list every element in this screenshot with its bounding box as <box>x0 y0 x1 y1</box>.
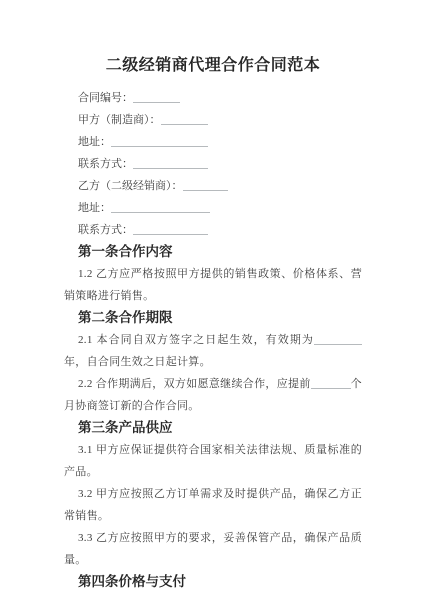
field-label: 地址： <box>78 136 111 148</box>
section-heading: 第二条合作期限 <box>64 307 362 329</box>
fill-in-blank-line <box>133 226 208 235</box>
field-label: 联系方式： <box>78 158 133 170</box>
fill-in-blank-line <box>183 182 228 191</box>
field-row: 地址： <box>64 197 362 219</box>
contract-header-fields: 合同编号：甲方（制造商）：地址：联系方式：乙方（二级经销商）：地址：联系方式： <box>64 87 362 241</box>
clause-paragraph: 3.3 乙方应按照甲方的要求，妥善保管产品，确保产品质量。 <box>64 527 362 571</box>
field-row: 甲方（制造商）： <box>64 109 362 131</box>
field-label: 合同编号： <box>78 92 133 104</box>
fill-in-blank-line <box>133 160 208 169</box>
field-row: 乙方（二级经销商）： <box>64 175 362 197</box>
field-row: 联系方式： <box>64 153 362 175</box>
section-heading: 第四条价格与支付 <box>64 571 362 593</box>
contract-body: 第一条合作内容1.2 乙方应严格按照甲方提供的销售政策、价格体系、营销策略进行销… <box>64 241 362 593</box>
fill-in-blank-line <box>111 138 208 147</box>
field-label: 甲方（制造商）： <box>78 114 161 126</box>
fill-in-blank-line <box>311 380 351 389</box>
field-label: 乙方（二级经销商）： <box>78 180 183 192</box>
clause-paragraph: 2.2 合作期满后，双方如愿意继续合作，应提前个月协商签订新的合作合同。 <box>64 373 362 417</box>
clause-paragraph: 2.1 本合同自双方签字之日起生效，有效期为年，自合同生效之日起计算。 <box>64 329 362 373</box>
field-label: 联系方式： <box>78 224 133 236</box>
clause-paragraph: 3.1 甲方应保证提供符合国家相关法律法规、质量标准的产品。 <box>64 439 362 483</box>
fill-in-blank-line <box>314 336 362 345</box>
section-heading: 第一条合作内容 <box>64 241 362 263</box>
document-title: 二级经销商代理合作合同范本 <box>64 53 362 79</box>
field-row: 联系方式： <box>64 219 362 241</box>
clause-paragraph: 1.2 乙方应严格按照甲方提供的销售政策、价格体系、营销策略进行销售。 <box>64 263 362 307</box>
fill-in-blank-line <box>111 204 210 213</box>
field-label: 地址： <box>78 202 111 214</box>
field-row: 合同编号： <box>64 87 362 109</box>
section-heading: 第三条产品供应 <box>64 417 362 439</box>
fill-in-blank-line <box>161 116 208 125</box>
clause-paragraph: 3.2 甲方应按照乙方订单需求及时提供产品，确保乙方正常销售。 <box>64 483 362 527</box>
contract-document-page: 二级经销商代理合作合同范本 合同编号：甲方（制造商）：地址：联系方式：乙方（二级… <box>0 0 424 600</box>
fill-in-blank-line <box>133 94 180 103</box>
field-row: 地址： <box>64 131 362 153</box>
